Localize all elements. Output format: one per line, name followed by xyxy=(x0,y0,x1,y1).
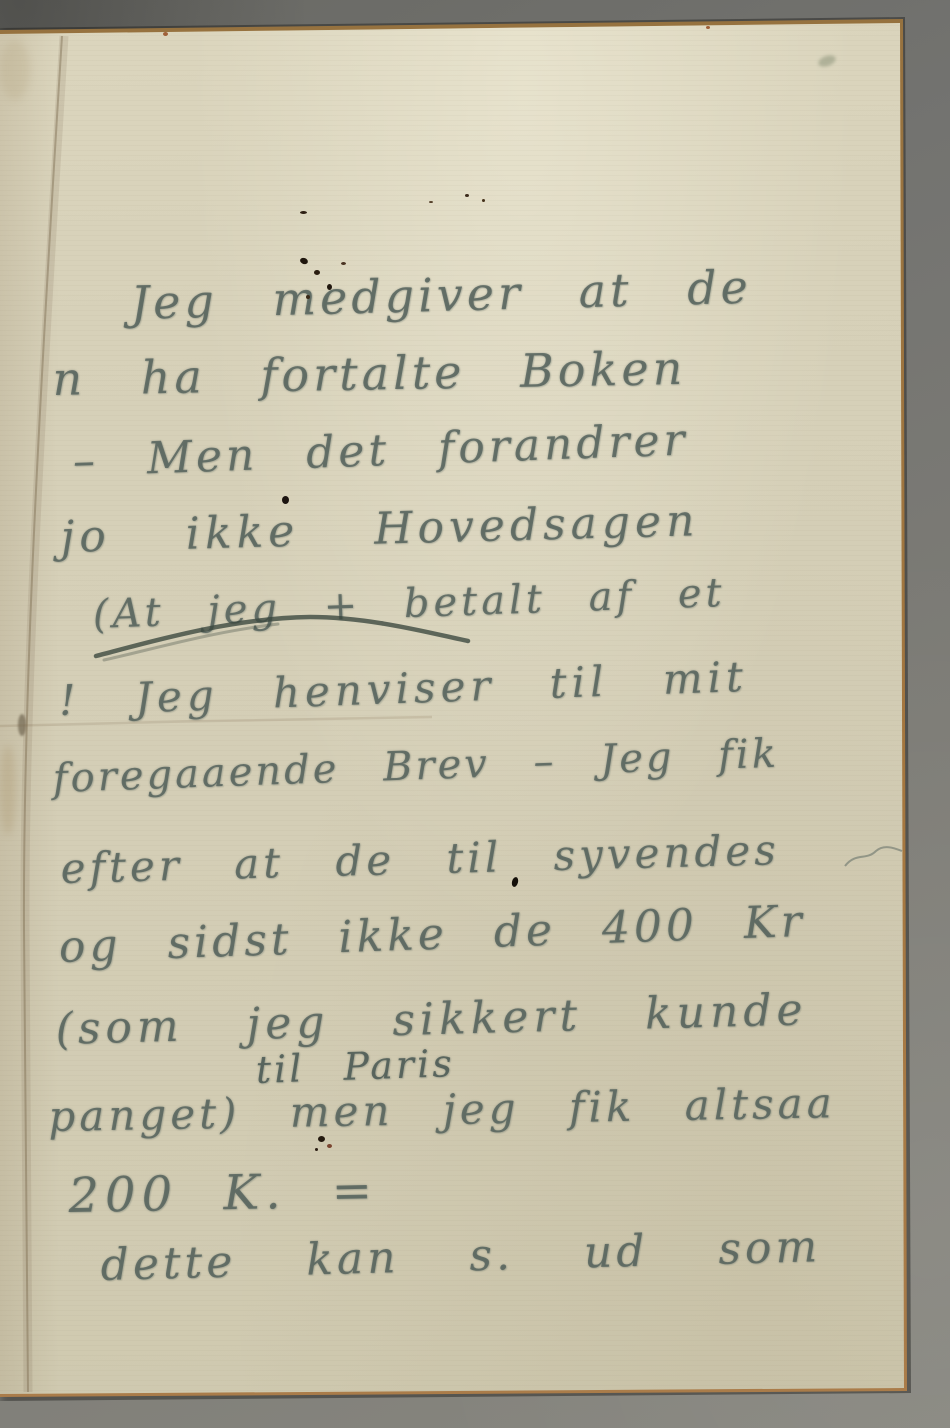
paper-stain xyxy=(0,745,16,835)
rust-speck xyxy=(327,1144,332,1148)
paper-stain xyxy=(0,40,30,100)
handwriting-line-12: 200 K. = xyxy=(68,1163,378,1224)
ink-speck xyxy=(341,262,346,265)
ink-speck xyxy=(318,1136,325,1142)
edge-fleck xyxy=(706,26,710,29)
ink-speck xyxy=(327,284,332,290)
ink-speck xyxy=(306,295,310,299)
handwriting-insertion-til-paris: til Paris xyxy=(255,1041,455,1092)
crease-smudge xyxy=(18,714,26,736)
ink-speck xyxy=(482,199,485,202)
ink-speck xyxy=(314,270,320,275)
edge-fleck xyxy=(163,32,168,36)
ink-speck xyxy=(300,211,307,214)
handwriting-line-2: n ha fortalte Boken xyxy=(52,341,687,406)
photograph-of-handwritten-letter: Jeg medgiver at de n ha fortalte Boken –… xyxy=(0,0,950,1428)
ink-blot xyxy=(282,496,289,504)
ink-speck xyxy=(315,1148,318,1151)
ink-speck xyxy=(465,194,469,197)
ink-speck xyxy=(429,201,433,203)
letter-page: Jeg medgiver at de n ha fortalte Boken –… xyxy=(0,0,950,1428)
